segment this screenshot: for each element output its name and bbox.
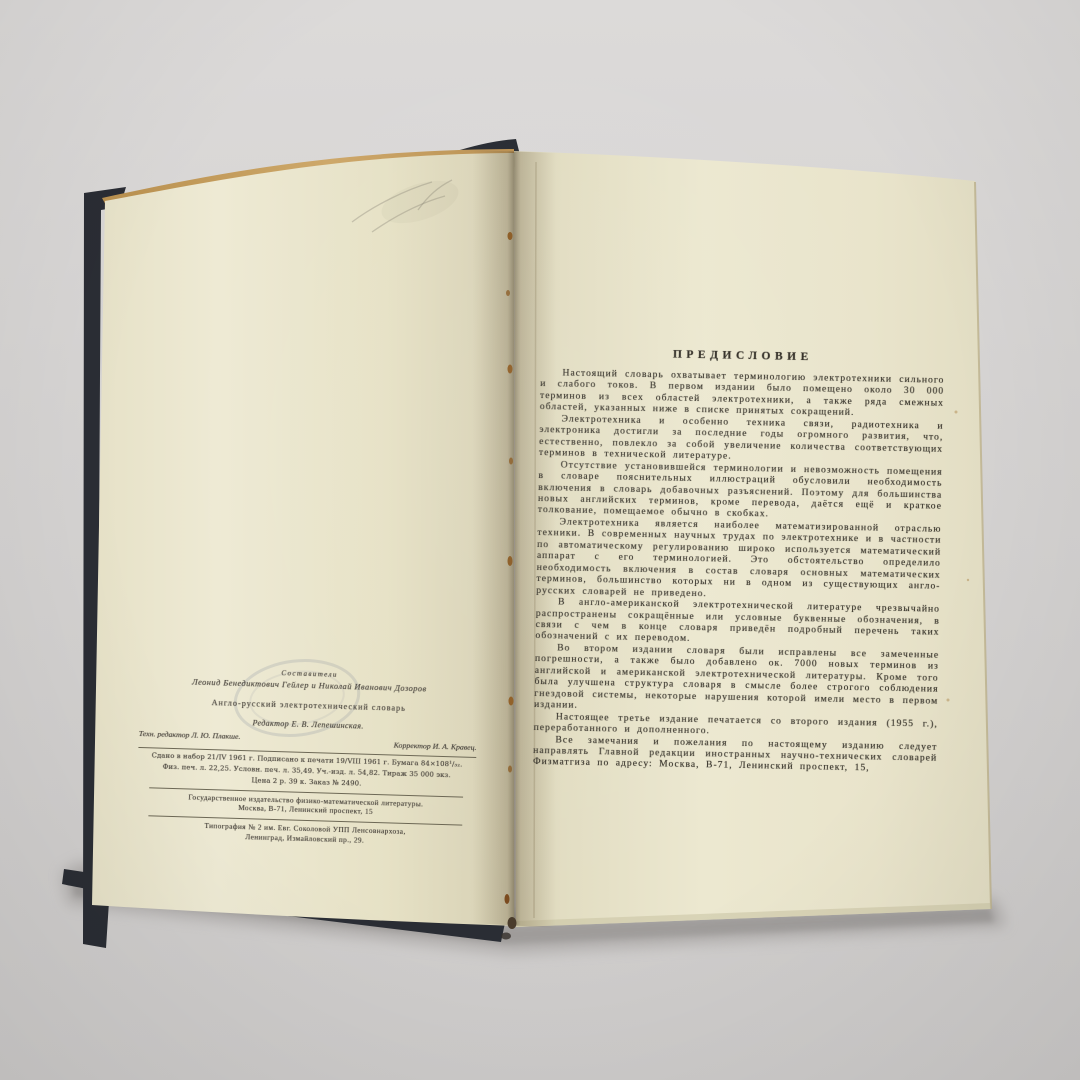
- preface-paragraph-5: В англо-американской электротехнической …: [535, 596, 940, 650]
- left-page-colophon: Составители Леонид Бенедиктович Гейлер и…: [136, 660, 479, 848]
- book-photo: Составители Леонид Бенедиктович Гейлер и…: [0, 0, 1080, 1080]
- right-page-preface: ПРЕДИСЛОВИЕ Настоящий словарь охватывает…: [533, 346, 945, 776]
- preface-paragraph-1: Настоящий словарь охватывает терминологи…: [540, 367, 945, 421]
- preface-paragraph-4: Электротехника является наиболее математ…: [536, 516, 941, 604]
- book-title: Англо-русский электротехнический словарь: [140, 696, 478, 715]
- preface-paragraph-3: Отсутствие установившейся терминологии и…: [538, 459, 943, 524]
- tech-editor-credit: Техн. редактор Л. Ю. Плакше.: [139, 729, 241, 745]
- proofreader-credit: Корректор И. А. Кравец.: [394, 741, 477, 752]
- preface-paragraph-6: Во втором издании словаря были исправлен…: [534, 642, 939, 718]
- preface-paragraph-2: Электротехника и особенно техника связи,…: [539, 413, 944, 467]
